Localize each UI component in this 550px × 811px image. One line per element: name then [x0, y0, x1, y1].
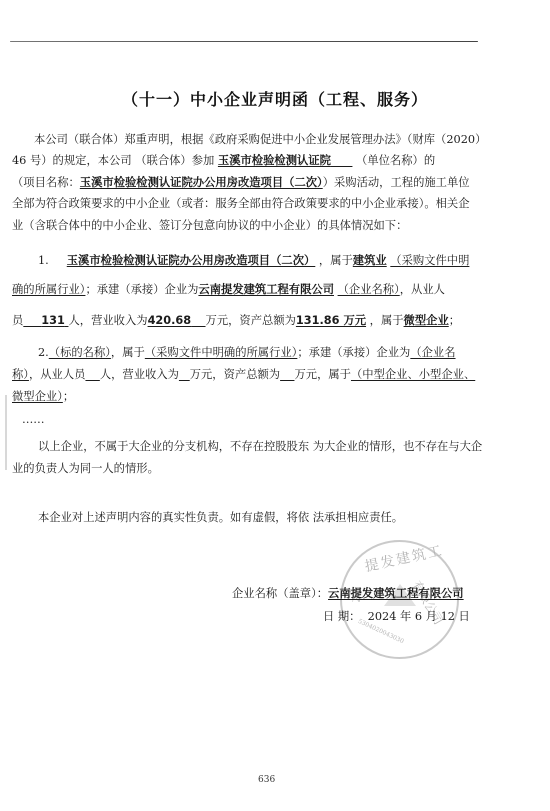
scan-edge-shadow — [5, 395, 7, 470]
para2-line1: 以上企业，不属于大企业的分支机构，不存在控股股东 为大企业的情形，也不存在与大企 — [38, 440, 482, 454]
page-number: 636 — [258, 775, 275, 785]
company-label: 企业名称（盖章）： — [232, 587, 328, 600]
text: （单位名称）的 — [356, 154, 435, 167]
text: ；承建（承接）企业为 — [297, 346, 410, 359]
para1-line2: 46 号）的规定，本公司 （联合体）参加 玉溪市检验检测认证院 （单位名称）的 — [12, 154, 435, 168]
ellipsis: …… — [22, 413, 45, 427]
unit-name: 玉溪市检验检测认证院 — [218, 154, 331, 167]
text: 确的所属行业） — [12, 283, 85, 296]
text: （企业名称） — [338, 283, 400, 296]
para1-line3: （项目名称：玉溪市检验检测认证院办公用房改造项目（二次））采购活动，工程的施工单… — [12, 176, 470, 190]
item1-revenue: 420.68 — [148, 314, 192, 327]
date-label: 日 期： — [323, 610, 360, 623]
item-number: 2. — [38, 346, 49, 359]
para1-line5: 业（含联合体中的中小企业、签订分包意向协议的中小企业）的具体情况如下： — [12, 219, 407, 233]
item2-industry: （采购文件中明确的所属行业） — [145, 346, 298, 359]
text: 微型企业） — [12, 390, 63, 403]
text: 万元，资产总额为 — [190, 368, 280, 381]
item1-contractor: 云南提发建筑工程有限公司 — [198, 283, 334, 296]
item2-line3: 微型企业）； — [12, 390, 74, 404]
text: ； — [63, 390, 74, 403]
text: 员 — [12, 314, 23, 327]
signature-company: 云南提发建筑工程有限公司 — [328, 587, 464, 600]
text: （采购文件中明 — [390, 254, 469, 267]
para2-line2: 业的负责人为同一人的情形。 — [12, 462, 159, 476]
item1-line1: 1. 玉溪市检验检测认证院办公用房改造项目（二次） ，属于建筑业 （采购文件中明 — [38, 254, 469, 268]
text: 万元，属于 — [294, 368, 351, 381]
para1-line4: 全部为符合政策要求的中小企业（或者：服务全部由符合政策要求的中小企业承接）。相关… — [12, 197, 470, 211]
para1-line1: 本公司（联合体）郑重声明，根据《政府采购促进中小企业发展管理办法》（财库（202… — [34, 133, 486, 147]
text: 人，营业收入为 — [100, 368, 179, 381]
item1-industry: 建筑业 — [353, 254, 387, 267]
text: 46 号）的规定，本公司 （联合体）参加 — [12, 154, 214, 167]
text: ，从业人员 — [29, 368, 86, 381]
text: 万元，资产总额为 — [206, 314, 296, 327]
text: ，属于 — [370, 314, 404, 327]
text: ，属于 — [319, 254, 353, 267]
item-number: 1. — [38, 254, 49, 267]
para3: 本企业对上述声明内容的真实性负责。如有虚假，将依 法承担相应责任。 — [38, 511, 403, 525]
top-rule — [10, 41, 478, 42]
text: ； — [449, 314, 460, 327]
signature-company-line: 企业名称（盖章）：云南提发建筑工程有限公司 — [232, 587, 464, 601]
text: ，属于 — [111, 346, 145, 359]
text: （项目名称： — [12, 176, 80, 189]
signature-date: 2024 年 6 月 12 日 — [368, 610, 470, 623]
text: ）采购活动，工程的施工单位 — [323, 176, 470, 189]
item1-project: 玉溪市检验检测认证院办公用房改造项目（二次） — [67, 254, 316, 267]
page-title: （十一）中小企业声明函（工程、服务） — [0, 87, 550, 110]
item2-contractor: （企业名 — [410, 346, 455, 359]
item1-assets: 131.86 万元 — [296, 314, 366, 327]
text: 称） — [12, 368, 29, 381]
item2-line1: 2.（标的名称），属于（采购文件中明确的所属行业）；承建（承接）企业为（企业名 — [38, 346, 456, 360]
item1-line3: 员 131 人，营业收入为420.68 万元，资产总额为131.86 万元 ，属… — [12, 314, 460, 328]
seal-text-top: 提发建筑工 — [363, 540, 445, 576]
item1-line2: 确的所属行业）；承建（承接）企业为云南提发建筑工程有限公司 （企业名称），从业人 — [12, 283, 445, 297]
signature-date-line: 日 期： 2024 年 6 月 12 日 — [323, 610, 470, 624]
project-name: 玉溪市检验检测认证院办公用房改造项目（二次） — [80, 176, 323, 189]
item1-type: 微型企业 — [404, 314, 449, 327]
item2-line2: 称），从业人员 人，营业收入为 万元，资产总额为 万元，属于（中型企业、小型企业… — [12, 368, 475, 382]
item2-name: （标的名称） — [49, 346, 111, 359]
text: 人，营业收入为 — [68, 314, 147, 327]
text: ；承建（承接）企业为 — [85, 283, 198, 296]
item2-type: （中型企业、小型企业、 — [351, 368, 475, 381]
text: ，从业人 — [400, 283, 445, 296]
item1-staff: 131 — [41, 314, 65, 327]
